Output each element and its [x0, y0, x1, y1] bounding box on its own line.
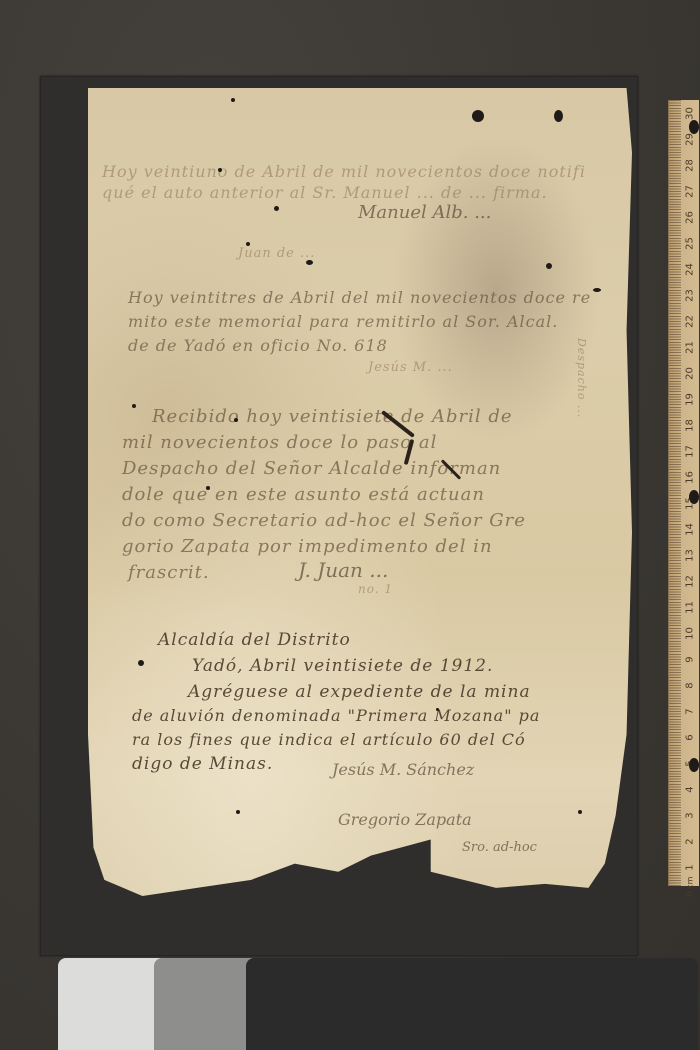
block4-line-4: digo de Minas.: [132, 754, 273, 774]
block3-line-1: Recibido hoy veintisiete de Abril de: [152, 406, 513, 427]
ruler-label: 11: [685, 599, 696, 617]
ruler-ticks: [669, 100, 681, 886]
ruler-label: 25: [685, 235, 696, 253]
document-page: Hoy veintiuno de Abril de mil noveciento…: [88, 88, 632, 896]
ruler-label: 0 cm: [686, 874, 695, 900]
ruler-label: 18: [685, 417, 696, 435]
block4-line-1: Agréguese al expediente de la mina: [188, 682, 531, 702]
block1-line-1: Hoy veintiuno de Abril de mil noveciento…: [102, 162, 586, 181]
block1-line-2: qué el auto anterior al Sr. Manuel ... d…: [102, 183, 548, 202]
block2-line-1: Hoy veintitres de Abril del mil novecien…: [128, 288, 591, 307]
worm-hole: [231, 98, 235, 102]
ruler-label: 26: [685, 209, 696, 227]
ruler-label: 22: [685, 313, 696, 331]
ruler-label: 14: [685, 521, 696, 539]
worm-hole: [306, 260, 313, 265]
margin-note: Despacho ...: [575, 338, 588, 418]
block3-line-4: dole que en este asunto está actuan: [122, 484, 485, 505]
calibration-patch-white: [58, 958, 168, 1050]
block4-signature-2: Gregorio Zapata: [338, 810, 472, 829]
worm-hole: [472, 110, 484, 122]
worm-hole: [593, 288, 601, 292]
worm-hole: [218, 168, 222, 172]
worm-hole: [236, 810, 240, 814]
block4-dateline: Yadó, Abril veintisiete de 1912.: [192, 656, 493, 676]
block3-line-2: mil novecientos doce lo paso al: [122, 432, 437, 453]
block4-signature-1: Jesús M. Sánchez: [332, 760, 474, 779]
calibration-patch-gray: [154, 958, 254, 1050]
block3-signature: J. Juan ...: [298, 558, 388, 582]
ruler-label: 6: [685, 729, 696, 747]
measurement-ruler: 30 29 28 27 26 25 24 23 22 21 20 19 18 1…: [668, 100, 699, 886]
ruler-label: 24: [685, 261, 696, 279]
ruler-label: 17: [685, 443, 696, 461]
ruler-label: 7: [685, 703, 696, 721]
ruler-label: 23: [685, 287, 696, 305]
worm-hole: [578, 810, 582, 814]
worm-hole: [132, 404, 136, 408]
block3-line-5: do como Secretario ad-hoc el Señor Gre: [122, 510, 526, 531]
ruler-label: 10: [685, 625, 696, 643]
ruler-label: 3: [685, 807, 696, 825]
block4-line-2: de aluvión denominada "Primera Mozana" p…: [132, 706, 540, 725]
worm-hole: [234, 418, 238, 422]
worm-hole: [246, 242, 250, 246]
block1-signature: Manuel Alb. ...: [358, 202, 491, 223]
block3-line-6: gorio Zapata por impedimento del in: [122, 536, 493, 557]
worm-hole: [554, 110, 563, 122]
worm-hole: [436, 708, 439, 711]
ruler-label: 8: [685, 677, 696, 695]
ruler-label: 28: [685, 157, 696, 175]
ruler-label: 13: [685, 547, 696, 565]
block2-signature: Jesús M. ...: [368, 360, 453, 375]
block4-signature-3: Sro. ad-hoc: [462, 840, 537, 855]
block3-line-7: frascrit.: [128, 562, 210, 583]
worm-hole: [206, 486, 210, 490]
block4-header: Alcaldía del Distrito: [158, 630, 351, 650]
ruler-hole: [689, 120, 699, 134]
worm-hole: [546, 263, 552, 269]
worm-hole: [274, 206, 279, 211]
ruler-label: 16: [685, 469, 696, 487]
block1-footnote: Juan de ...: [238, 246, 315, 261]
ruler-label: 4: [685, 781, 696, 799]
ruler-label: 19: [685, 391, 696, 409]
ruler-label: 12: [685, 573, 696, 591]
ruler-label: 9: [685, 651, 696, 669]
ruler-hole: [689, 758, 699, 772]
ruler-label: 2: [685, 833, 696, 851]
block2-line-3: de de Yadó en oficio No. 618: [128, 336, 388, 355]
block2-line-2: mito este memorial para remitirlo al Sor…: [128, 312, 558, 331]
calibration-patch-black: [246, 958, 698, 1050]
block4-line-3: ra los fines que indica el artículo 60 d…: [132, 730, 526, 749]
ruler-label: 27: [685, 183, 696, 201]
ruler-label: 20: [685, 365, 696, 383]
ruler-hole: [689, 490, 699, 504]
ruler-label: 21: [685, 339, 696, 357]
worm-hole: [138, 660, 144, 666]
block3-signature-note: no. 1: [358, 582, 393, 596]
